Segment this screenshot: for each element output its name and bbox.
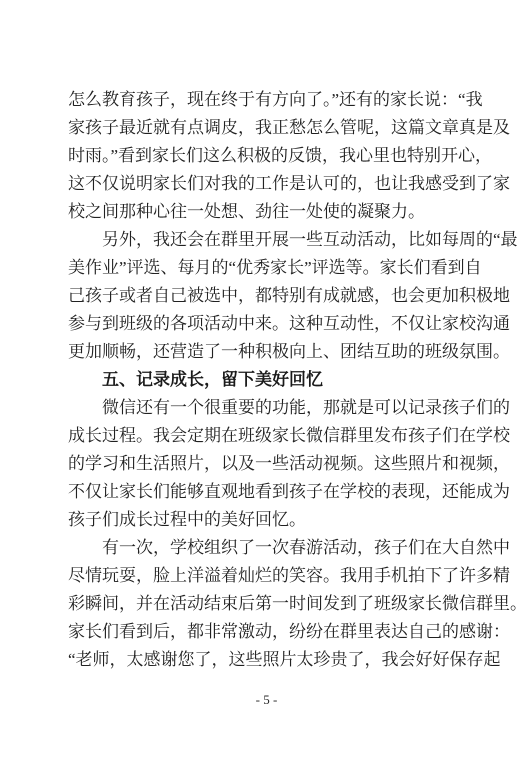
text-line: 孩子们成长过程中的美好回忆。	[68, 506, 465, 534]
text-line: 有一次，学校组织了一次春游活动，孩子们在大自然中	[68, 534, 465, 562]
page-number: - 5 -	[68, 692, 465, 708]
section-heading: 五、记录成长，留下美好回忆	[68, 366, 465, 394]
text-line: 校之间那种心往一处想、劲往一处使的凝聚力。	[68, 198, 465, 226]
text-line: 更加顺畅，还营造了一种积极向上、团结互助的班级氛围。	[68, 338, 465, 366]
text-line: “老师，太感谢您了，这些照片太珍贵了，我会好好保存起	[68, 646, 465, 674]
text-line: 的学习和生活照片，以及一些活动视频。这些照片和视频，	[68, 450, 465, 478]
text-line: 尽情玩耍，脸上洋溢着灿烂的笑容。我用手机拍下了许多精	[68, 562, 465, 590]
text-line: 怎么教育孩子，现在终于有方向了。”还有的家长说：“我	[68, 86, 465, 114]
text-line: 微信还有一个很重要的功能，那就是可以记录孩子们的	[68, 394, 465, 422]
text-line: 这不仅说明家长们对我的工作是认可的，也让我感受到了家	[68, 170, 465, 198]
document-body: 怎么教育孩子，现在终于有方向了。”还有的家长说：“我家孩子最近就有点调皮，我正愁…	[68, 86, 465, 674]
text-line: 家孩子最近就有点调皮，我正愁怎么管呢，这篇文章真是及	[68, 114, 465, 142]
text-line: 成长过程。我会定期在班级家长微信群里发布孩子们在学校	[68, 422, 465, 450]
text-line: 不仅让家长们能够直观地看到孩子在学校的表现，还能成为	[68, 478, 465, 506]
document-page: 怎么教育孩子，现在终于有方向了。”还有的家长说：“我家孩子最近就有点调皮，我正愁…	[0, 0, 532, 768]
text-line: 时雨。”看到家长们这么积极的反馈，我心里也特别开心，	[68, 142, 465, 170]
text-line: 另外，我还会在群里开展一些互动活动，比如每周的“最	[68, 226, 465, 254]
text-line: 美作业”评选、每月的“优秀家长”评选等。家长们看到自	[68, 254, 465, 282]
text-line: 彩瞬间，并在活动结束后第一时间发到了班级家长微信群里。	[68, 590, 465, 618]
text-line: 参与到班级的各项活动中来。这种互动性，不仅让家校沟通	[68, 310, 465, 338]
text-line: 家长们看到后，都非常激动，纷纷在群里表达自己的感谢：	[68, 618, 465, 646]
text-line: 己孩子或者自己被选中，都特别有成就感，也会更加积极地	[68, 282, 465, 310]
